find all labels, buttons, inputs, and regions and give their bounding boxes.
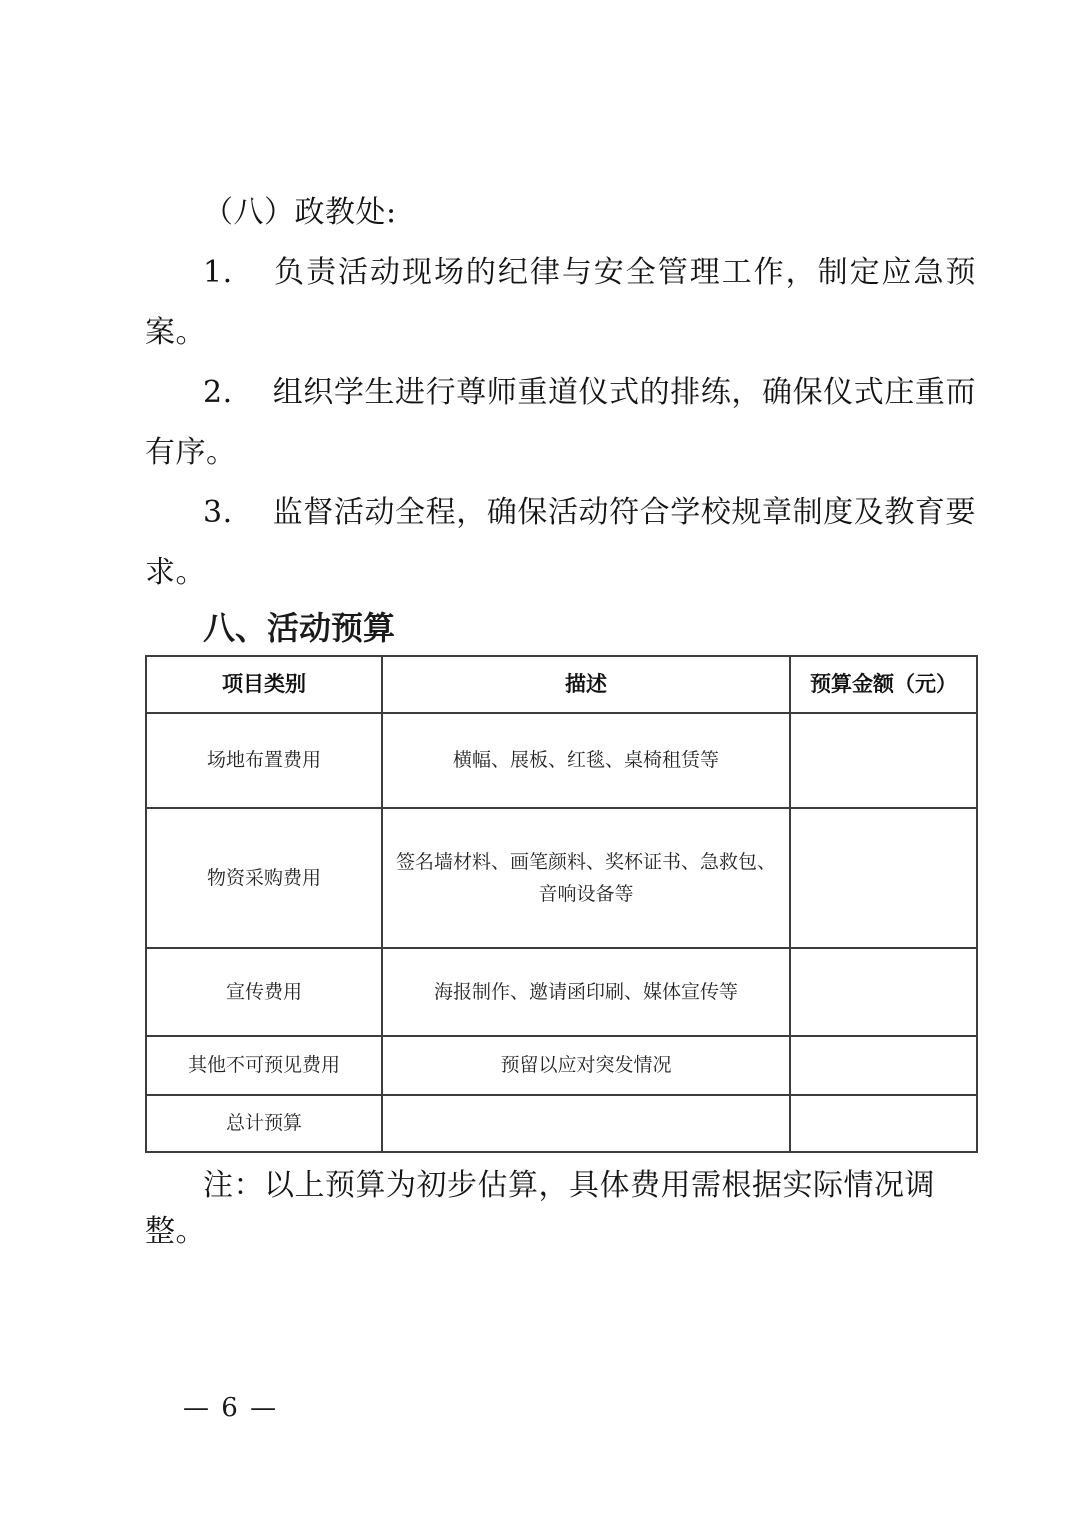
table-row: 场地布置费用 横幅、展板、红毯、桌椅租赁等 <box>146 713 977 808</box>
cell-description: 签名墙材料、画笔颜料、奖杯证书、急救包、音响设备等 <box>382 808 790 948</box>
list-item-3: 3.监督活动全程，确保活动符合学校规章制度及教育要求。 <box>145 483 976 603</box>
list-item-1-text: 负责活动现场的纪律与安全管理工作，制定应急预案。 <box>145 255 976 350</box>
cell-description: 横幅、展板、红毯、桌椅租赁等 <box>382 713 790 808</box>
header-amount: 预算金额（元） <box>790 656 977 713</box>
cell-amount <box>790 1036 977 1095</box>
budget-note: 注：以上预算为初步估算，具体费用需根据实际情况调整。 <box>145 1163 976 1255</box>
page-number: — 6 — <box>183 1393 278 1423</box>
cell-amount <box>790 713 977 808</box>
list-item-1-number: 1. <box>203 255 233 290</box>
cell-category: 其他不可预见费用 <box>146 1036 382 1095</box>
cell-amount <box>790 1095 977 1152</box>
table-row: 宣传费用 海报制作、邀请函印刷、媒体宣传等 <box>146 948 977 1036</box>
list-item-1: 1.负责活动现场的纪律与安全管理工作，制定应急预案。 <box>145 243 976 363</box>
header-description: 描述 <box>382 656 790 713</box>
list-item-2: 2.组织学生进行尊师重道仪式的排练，确保仪式庄重而有序。 <box>145 363 976 483</box>
budget-table: 项目类别 描述 预算金额（元） 场地布置费用 横幅、展板、红毯、桌椅租赁等 物资… <box>145 655 978 1153</box>
cell-description: 预留以应对突发情况 <box>382 1036 790 1095</box>
list-item-2-text: 组织学生进行尊师重道仪式的排练，确保仪式庄重而有序。 <box>145 375 976 470</box>
list-item-3-text: 监督活动全程，确保活动符合学校规章制度及教育要求。 <box>145 495 976 590</box>
list-item-3-number: 3. <box>203 495 233 530</box>
cell-description: 海报制作、邀请函印刷、媒体宣传等 <box>382 948 790 1036</box>
cell-description <box>382 1095 790 1152</box>
cell-category: 场地布置费用 <box>146 713 382 808</box>
cell-category: 宣传费用 <box>146 948 382 1036</box>
cell-category: 物资采购费用 <box>146 808 382 948</box>
section-heading: （八）政教处: <box>145 183 976 243</box>
list-item-2-number: 2. <box>203 375 233 410</box>
cell-category: 总计预算 <box>146 1095 382 1152</box>
table-row: 总计预算 <box>146 1095 977 1152</box>
table-row: 其他不可预见费用 预留以应对突发情况 <box>146 1036 977 1095</box>
cell-amount <box>790 808 977 948</box>
budget-table-header-row: 项目类别 描述 预算金额（元） <box>146 656 977 713</box>
budget-section-heading: 八、活动预算 <box>145 603 976 653</box>
header-category: 项目类别 <box>146 656 382 713</box>
document-page: （八）政教处: 1.负责活动现场的纪律与安全管理工作，制定应急预案。 2.组织学… <box>0 0 1080 1527</box>
cell-amount <box>790 948 977 1036</box>
table-row: 物资采购费用 签名墙材料、画笔颜料、奖杯证书、急救包、音响设备等 <box>146 808 977 948</box>
document-content: （八）政教处: 1.负责活动现场的纪律与安全管理工作，制定应急预案。 2.组织学… <box>145 183 976 1255</box>
